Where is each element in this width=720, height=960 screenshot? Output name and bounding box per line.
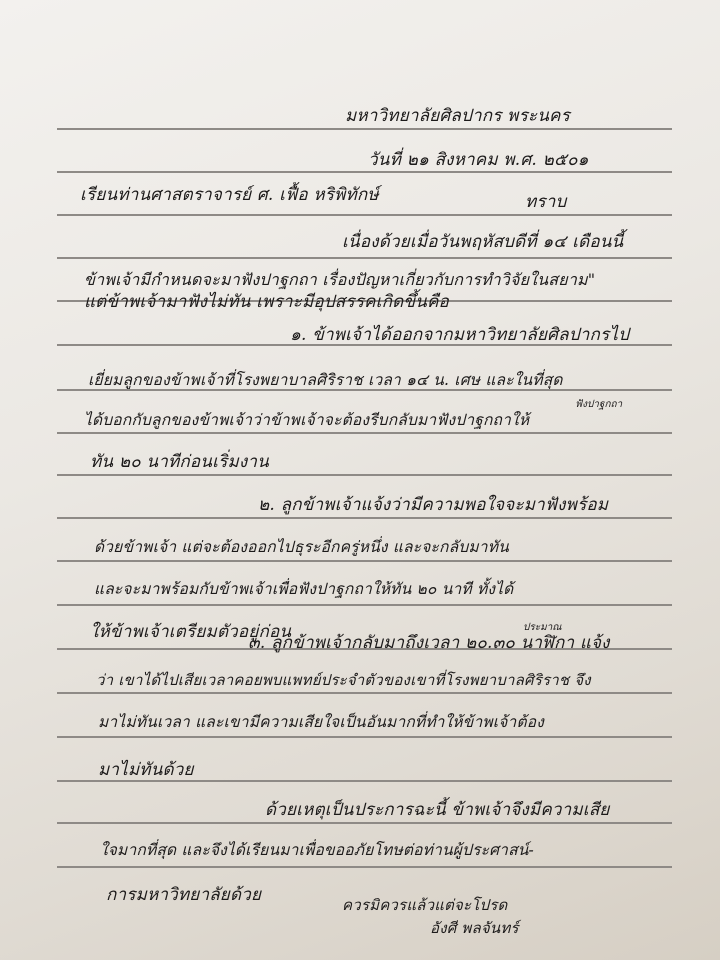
body-line: ได้บอกกับลูกของข้าพเจ้าว่าข้าพเจ้าจะต้อง… [84, 410, 529, 430]
body-line: มาไม่ทันด้วย [98, 760, 194, 780]
body-line: ใจมากที่สุด และจึงได้เรียนมาเพื่อขออภัยโ… [100, 840, 534, 860]
body-line: เยี่ยมลูกของข้าพเจ้าที่โรงพยาบาลศิริราช … [88, 370, 563, 390]
signature: อังศี พลจันทร์ [430, 918, 519, 938]
salutation-suffix: ทราบ [525, 192, 566, 212]
body-line: การมหาวิทยาลัยด้วย [106, 885, 261, 905]
body-line: และจะมาพร้อมกับข้าพเจ้าเพื่อฟังปาฐกถาให้… [94, 579, 513, 599]
ruled-line [57, 257, 672, 259]
body-line: ว่า เขาได้ไปเสียเวลาคอยพบแพทย์ประจำตัวขอ… [96, 670, 591, 690]
institution-heading: มหาวิทยาลัยศิลปากร พระนคร [345, 106, 570, 126]
salutation: เรียนท่านศาสตราจารย์ ศ. เฟื้อ หริพิทักษ์ [80, 185, 379, 205]
ruled-line [57, 432, 672, 434]
ruled-line [57, 214, 672, 216]
ruled-line [57, 560, 672, 562]
body-line: ด้วยเหตุเป็นประการฉะนี้ ข้าพเจ้าจึงมีควา… [265, 800, 610, 820]
ruled-line [57, 604, 672, 606]
body-line: ๑. ข้าพเจ้าได้ออกจากมหาวิทยาลัยศิลปากรไป [290, 325, 629, 345]
body-line: แต่ข้าพเจ้ามาฟังไม่ทัน เพราะมีอุปสรรคเกิ… [84, 292, 449, 312]
body-line: ข้าพเจ้ามีกำหนดจะมาฟังปาฐกถา เรื่องปัญหา… [84, 270, 595, 290]
body-line: ๒. ลูกข้าพเจ้าแจ้งว่ามีความพอใจจะมาฟังพร… [258, 495, 608, 515]
ruled-line [57, 517, 672, 519]
ruled-line [57, 822, 672, 824]
complimentary-close: ควรมิควรแล้วแต่จะโปรด [342, 895, 507, 915]
ruled-line [57, 692, 672, 694]
body-line: มาไม่ทันเวลา และเขามีความเสียใจเป็นอันมา… [98, 712, 544, 732]
body-line: ๓. ลูกข้าพเจ้ากลับมาถึงเวลา ๒๐.๓๐ นาฬิกา… [248, 633, 610, 653]
ruled-line [57, 736, 672, 738]
body-line: ด้วยข้าพเจ้า แต่จะต้องออกไปธุระอีกครู่หน… [94, 537, 509, 557]
body-line: ทัน ๒๐ นาทีก่อนเริ่มงาน [90, 452, 269, 472]
ruled-line [57, 780, 672, 782]
ruled-line [57, 171, 672, 173]
ruled-line [57, 474, 672, 476]
letter-date: วันที่ ๒๑ สิงหาคม พ.ศ. ๒๕๐๑ [368, 150, 589, 170]
insertion-note: ฟังปาฐกถา [575, 397, 622, 412]
ruled-line [57, 866, 672, 868]
body-line: เนื่องด้วยเมื่อวันพฤหัสบดีที่ ๑๔ เดือนนี… [342, 232, 623, 252]
ruled-line [57, 128, 672, 130]
letter-page: มหาวิทยาลัยศิลปากร พระนคร วันที่ ๒๑ สิงห… [0, 0, 720, 960]
